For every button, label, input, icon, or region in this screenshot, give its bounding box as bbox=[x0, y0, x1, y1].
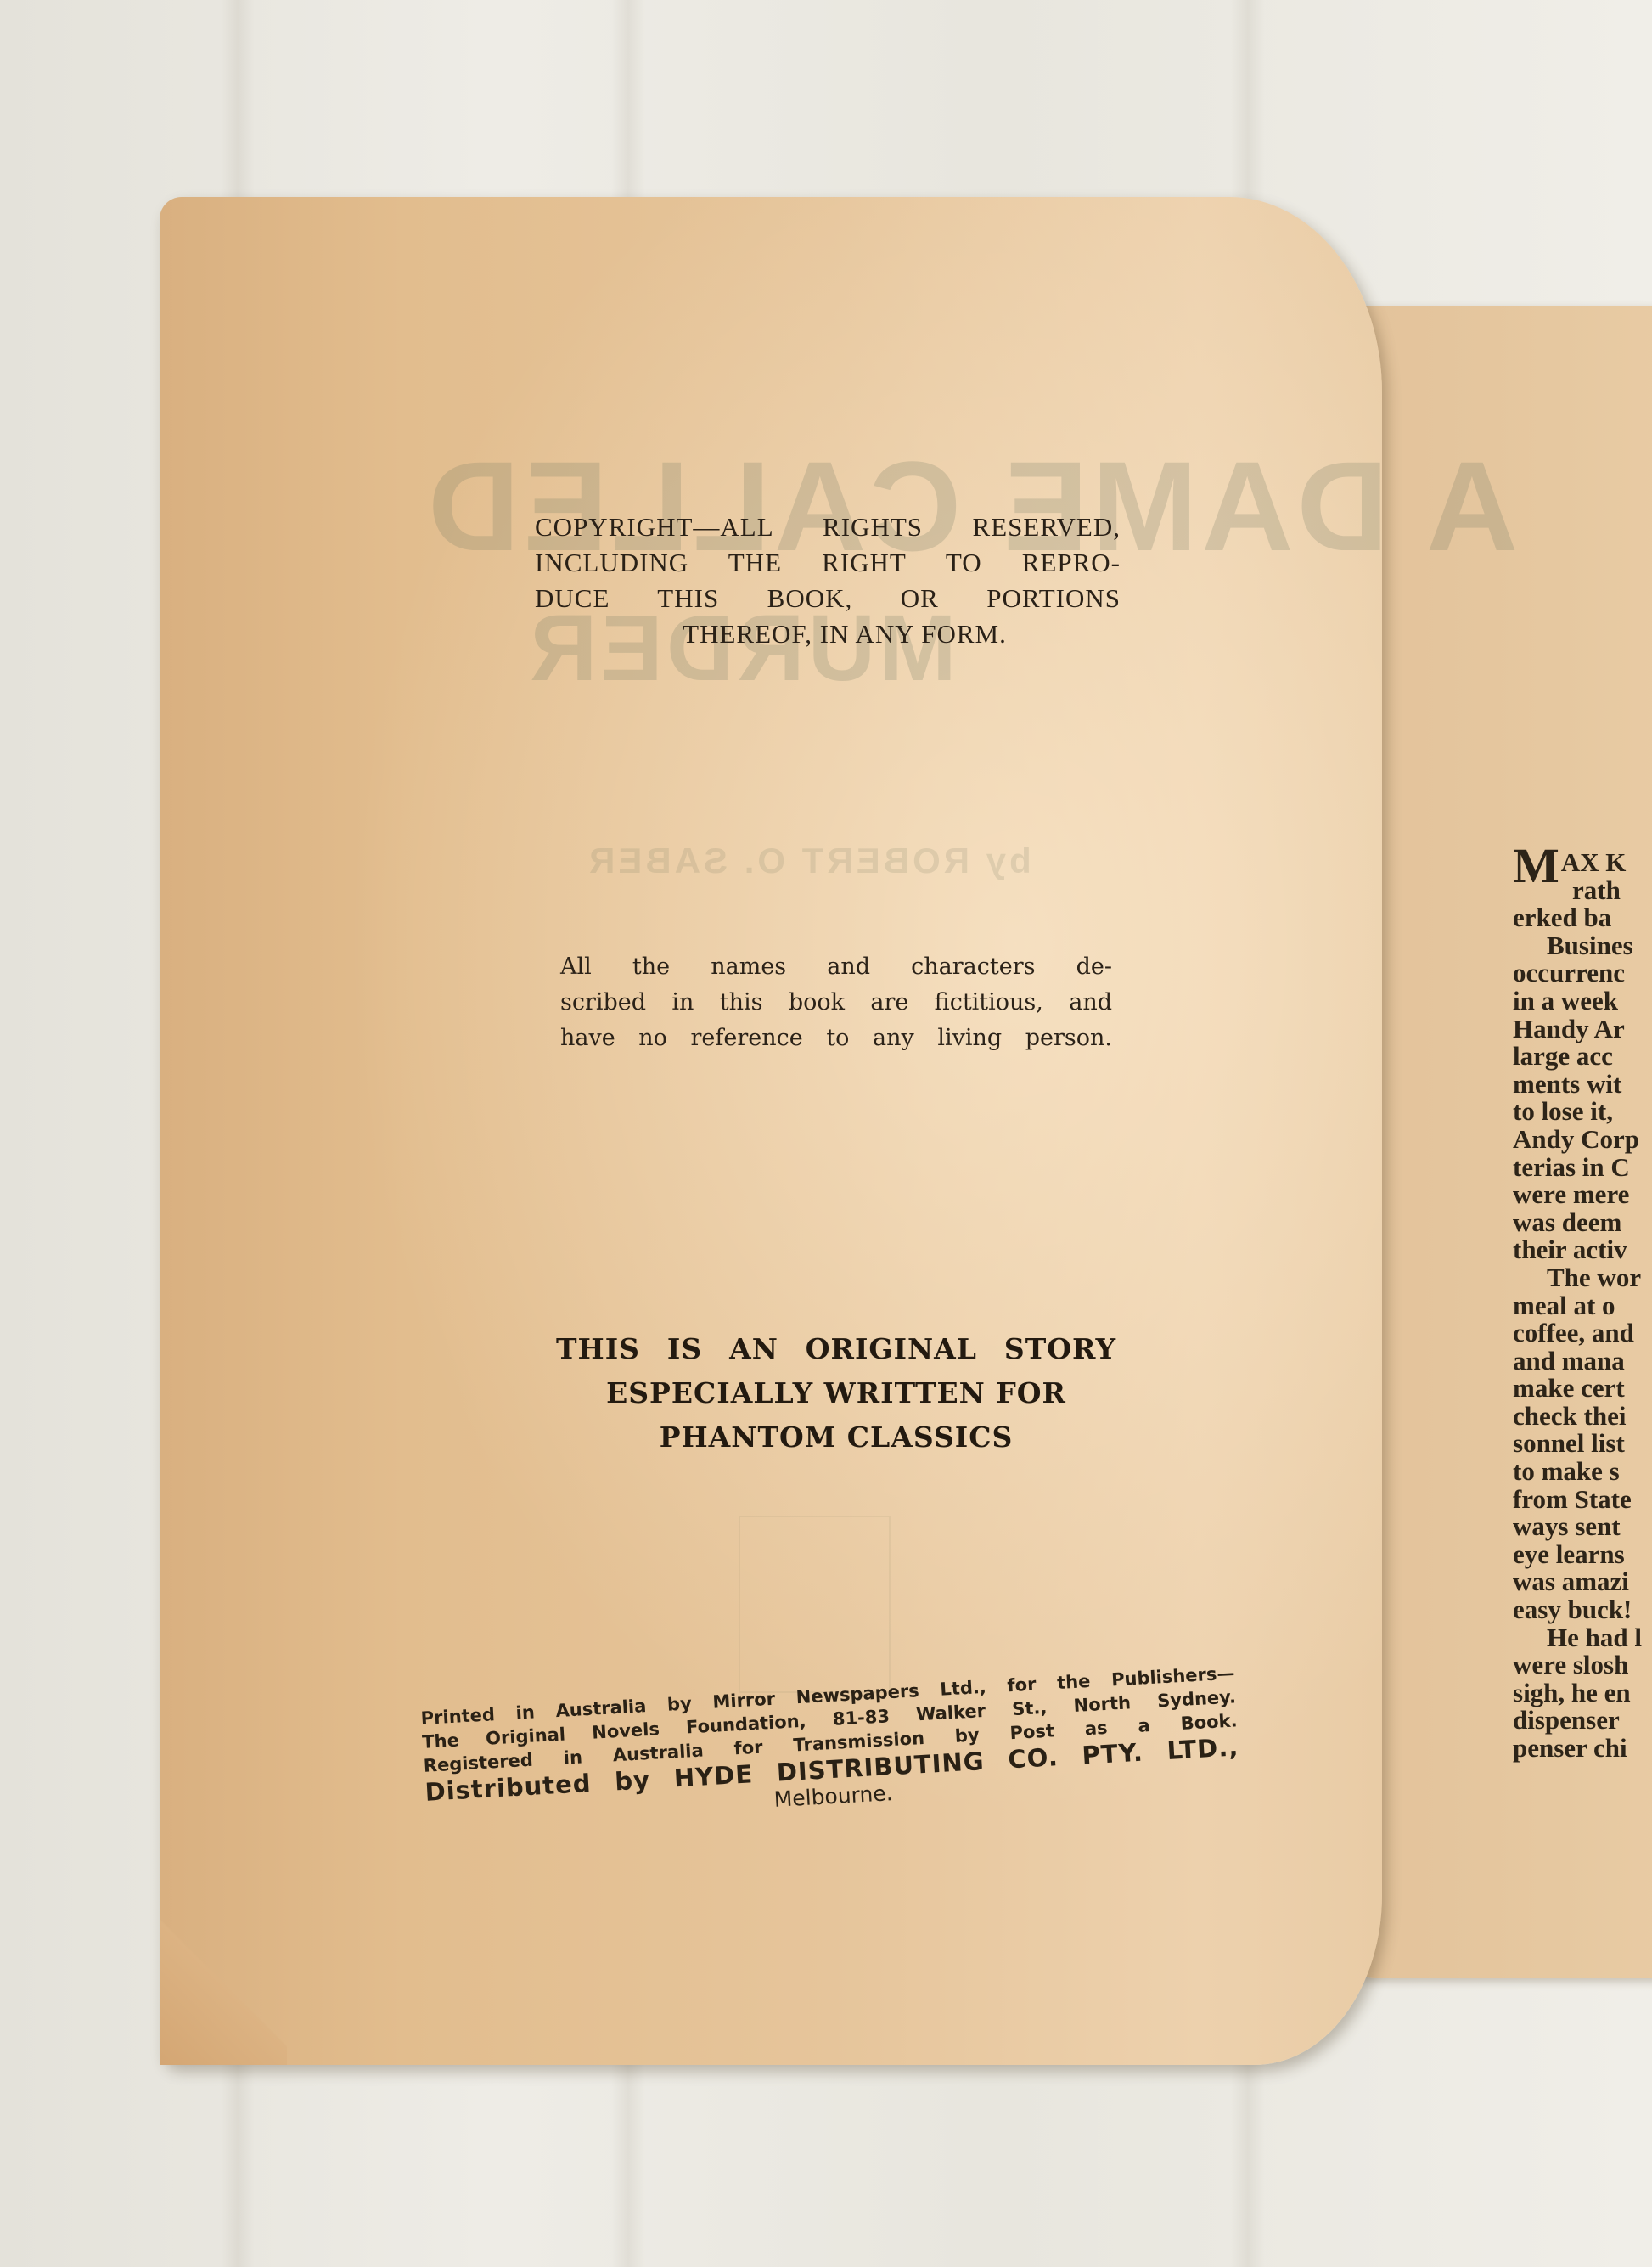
text-line: in a week bbox=[1513, 987, 1652, 1015]
text-line: COPYRIGHT—ALL RIGHTS RESERVED, bbox=[535, 509, 1121, 545]
text-line: to lose it, bbox=[1513, 1098, 1652, 1126]
text-line: occurrenc bbox=[1513, 959, 1652, 987]
text-line: terias in C bbox=[1513, 1154, 1652, 1182]
text-line: check thei bbox=[1513, 1403, 1652, 1431]
text-line: Handy Ar bbox=[1513, 1015, 1652, 1043]
text-line: coffee, and bbox=[1513, 1319, 1652, 1347]
text-line: were mere bbox=[1513, 1181, 1652, 1209]
text-line: He had l bbox=[1513, 1624, 1652, 1652]
text-line: PHANTOM CLASSICS bbox=[556, 1415, 1116, 1460]
text-line: to make s bbox=[1513, 1458, 1652, 1486]
text-line: penser chi bbox=[1513, 1735, 1652, 1763]
text-line: Andy Corp bbox=[1513, 1126, 1652, 1154]
text-line: have no reference to any living person. bbox=[560, 1021, 1112, 1056]
right-page-text: MAX K rath erked ba Busines occurrenc in… bbox=[1513, 849, 1652, 1763]
text-line: dispenser bbox=[1513, 1707, 1652, 1735]
text-line: ESPECIALLY WRITTEN FOR bbox=[556, 1371, 1116, 1415]
text-line: scribed in this book are fictitious, and bbox=[560, 985, 1112, 1021]
faded-stamp bbox=[739, 1516, 891, 1693]
text-line: THEREOF, IN ANY FORM. bbox=[535, 616, 1121, 652]
right-line-0: MAX K bbox=[1513, 849, 1652, 877]
text-line: large acc bbox=[1513, 1043, 1652, 1071]
text-line: The wor bbox=[1513, 1264, 1652, 1292]
text-line: meal at o bbox=[1513, 1292, 1652, 1320]
copyright-notice: COPYRIGHT—ALL RIGHTS RESERVED, INCLUDING… bbox=[535, 509, 1121, 652]
text-line: their activ bbox=[1513, 1236, 1652, 1264]
show-through-author: by ROBERT O. SABER bbox=[586, 841, 1031, 881]
text-line: ments wit bbox=[1513, 1071, 1652, 1099]
dropcap: M bbox=[1513, 849, 1559, 883]
text-line: ways sent bbox=[1513, 1513, 1652, 1541]
original-story-notice: THIS IS AN ORIGINAL STORY ESPECIALLY WRI… bbox=[556, 1327, 1116, 1460]
text-line: eye learns bbox=[1513, 1541, 1652, 1569]
text-line: was amazi bbox=[1513, 1568, 1652, 1596]
text-line: erked ba bbox=[1513, 904, 1652, 932]
text-line: were slosh bbox=[1513, 1651, 1652, 1679]
fiction-disclaimer: All the names and characters de- scribed… bbox=[560, 949, 1112, 1056]
text-line: All the names and characters de- bbox=[560, 949, 1112, 985]
text-line: sigh, he en bbox=[1513, 1679, 1652, 1707]
text-line: Busines bbox=[1513, 932, 1652, 960]
text-line: from State bbox=[1513, 1486, 1652, 1514]
text-line: DUCE THIS BOOK, OR PORTIONS bbox=[535, 581, 1121, 616]
text-line: easy buck! bbox=[1513, 1596, 1652, 1624]
text-line: was deem bbox=[1513, 1209, 1652, 1237]
text-line: INCLUDING THE RIGHT TO REPRO- bbox=[535, 545, 1121, 581]
text-line: THIS IS AN ORIGINAL STORY bbox=[556, 1327, 1116, 1371]
text-line: and mana bbox=[1513, 1347, 1652, 1375]
text-line: sonnel list bbox=[1513, 1430, 1652, 1458]
text-line: make cert bbox=[1513, 1375, 1652, 1403]
